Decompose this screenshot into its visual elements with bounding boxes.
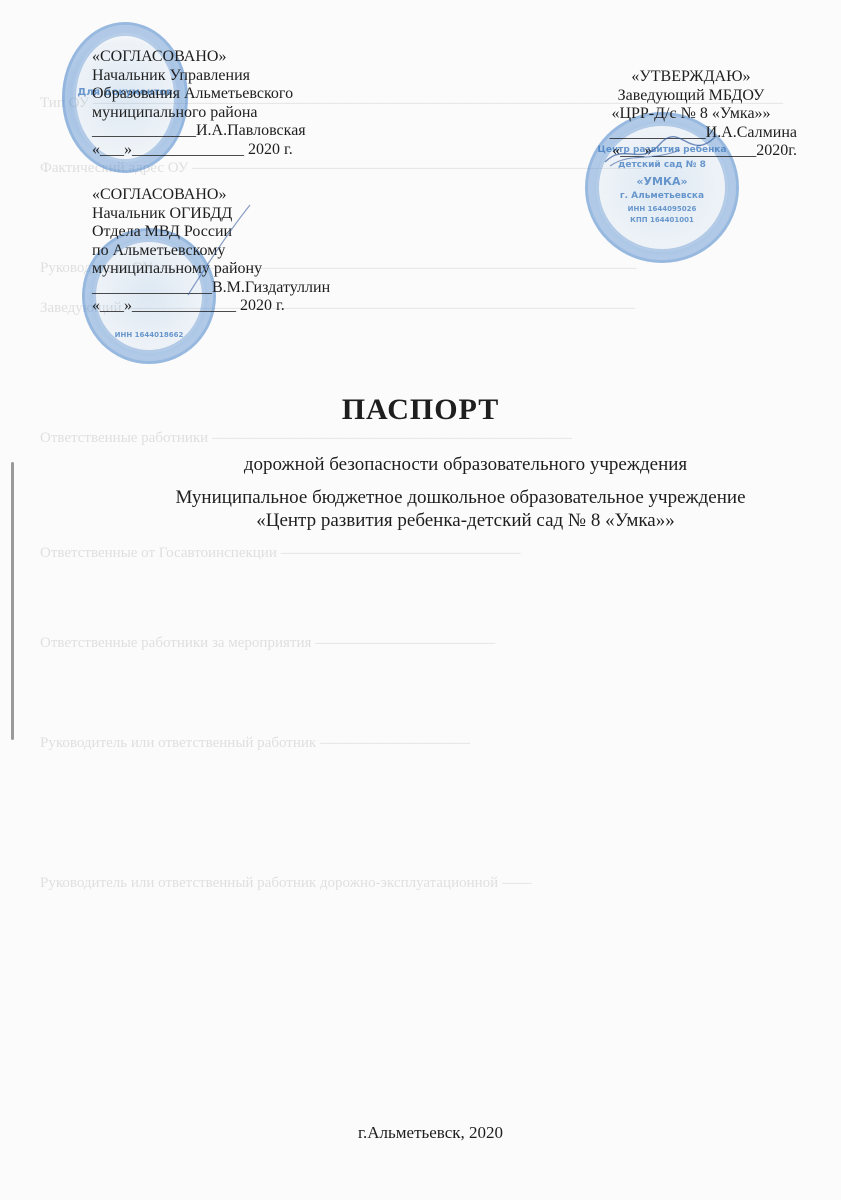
bleed-through-text: Руководитель или ответственный работник … xyxy=(40,735,470,752)
approval-line: Заведующий МБДОУ xyxy=(585,87,797,106)
approval-line: Начальник Управления xyxy=(92,67,306,86)
approval-line: муниципального района xyxy=(92,104,306,123)
approval-education-department: «СОГЛАСОВАНО» Начальник Управления Образ… xyxy=(92,48,306,159)
institution-name-line1: Муниципальное бюджетное дошкольное образ… xyxy=(80,487,841,509)
institution-name-line2: «Центр развития ребенка-детский сад № 8 … xyxy=(90,510,841,532)
document-title: ПАСПОРТ xyxy=(0,393,841,427)
stamp-line: «УМКА» xyxy=(588,175,736,188)
approval-heading: «СОГЛАСОВАНО» xyxy=(92,48,306,67)
stamp-line: КПП 164401001 xyxy=(588,216,736,224)
approval-signature: _____________И.А.Павловская xyxy=(92,122,306,141)
stamp-line: г. Альметьевска xyxy=(588,191,736,201)
stamp-text: ИНН 1644018662 xyxy=(85,331,213,339)
bleed-through-text: Руководитель или ответственный работник … xyxy=(40,875,532,892)
bleed-through-text: Ответственные от Госавтоинспекции ——————… xyxy=(40,545,521,562)
bleed-through-text: Ответственные работники за мероприятия —… xyxy=(40,635,495,652)
bleed-through-text: Ответственные работники ————————————————… xyxy=(40,430,572,447)
approval-line: Образования Альметьевского xyxy=(92,85,306,104)
approval-line: «ЦРР-Д/с № 8 «Умка»» xyxy=(585,105,797,124)
document-subtitle: дорожной безопасности образовательного у… xyxy=(90,454,841,476)
approval-heading: «УТВЕРЖДАЮ» xyxy=(585,68,797,87)
binding-thread xyxy=(11,462,14,740)
approval-date: «___»______________ 2020 г. xyxy=(92,141,306,160)
stamp-line: ИНН 1644095026 xyxy=(588,205,736,213)
signature-scribble-icon xyxy=(180,200,260,300)
document-footer-city-year: г.Альметьевск, 2020 xyxy=(20,1123,841,1143)
signature-scribble-icon xyxy=(600,132,720,172)
